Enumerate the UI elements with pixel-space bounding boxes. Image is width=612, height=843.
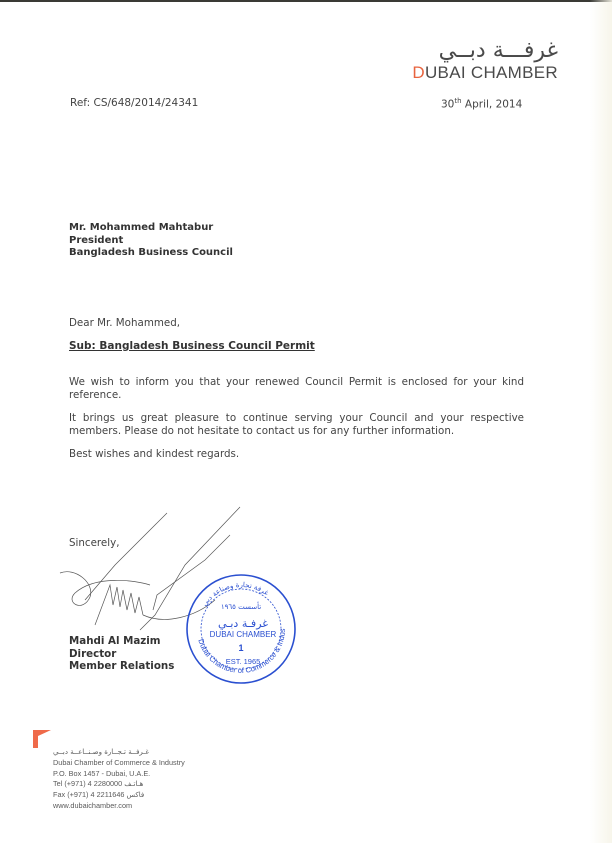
logo-d-mark: D <box>412 63 425 82</box>
footer-name: Dubai Chamber of Commerce & Industry <box>53 758 185 769</box>
signatory-name: Mahdi Al Mazim <box>69 635 174 648</box>
dubai-chamber-logo: غرفـــة دبــي DUBAI CHAMBER <box>408 38 558 82</box>
body-paragraph: We wish to inform you that your renewed … <box>69 376 524 401</box>
footer-fax: Fax (+971) 4 2211646 فاكس <box>53 790 185 801</box>
official-stamp: Dubai Chamber of Commerce & Industry غرف… <box>185 573 297 685</box>
reference-number: Ref: CS/648/2014/24341 <box>70 97 198 109</box>
stamp-logo-arabic: غرفـة دبـي <box>218 617 268 630</box>
signatory-department: Member Relations <box>69 660 174 673</box>
letter-date: 30th April, 2014 <box>441 97 522 111</box>
logo-english-rest: UBAI CHAMBER <box>425 63 558 82</box>
body-paragraph: It brings us great pleasure to continue … <box>69 412 524 437</box>
footer-tel-arabic: هـاتـف <box>124 780 143 788</box>
subject-line: Sub: Bangladesh Business Council Permit <box>69 340 315 352</box>
signatory-title: Director <box>69 648 174 661</box>
stamp-logo-english: DUBAI CHAMBER <box>210 630 277 639</box>
footer-fax-number: Fax (+971) 4 2211646 <box>53 790 124 799</box>
addressee-title: President <box>69 235 233 248</box>
page-right-edge-tint <box>590 0 612 843</box>
date-rest: April, 2014 <box>462 99 523 111</box>
letter-body: We wish to inform you that your renewed … <box>69 376 524 472</box>
stamp-number: 1 <box>238 643 243 653</box>
footer-address: P.O. Box 1457 - Dubai, U.A.E. <box>53 769 185 780</box>
body-paragraph: Best wishes and kindest regards. <box>69 448 524 461</box>
stamp-arabic-year: تأسست ١٩٦٥ <box>221 601 261 611</box>
signatory-block: Mahdi Al Mazim Director Member Relations <box>69 635 174 673</box>
logo-english-text: DUBAI CHAMBER <box>408 64 558 82</box>
footer-website[interactable]: www.dubaichamber.com <box>53 801 185 812</box>
footer-fax-arabic: فاكس <box>127 791 145 799</box>
footer-arabic-name: غـرفــة تـجــارة وصـنــاعــة دبــي <box>53 747 185 758</box>
logo-arabic-text: غرفـــة دبــي <box>408 38 558 64</box>
addressee-name: Mr. Mohammed Mahtabur <box>69 222 233 235</box>
addressee-block: Mr. Mohammed Mahtabur President Banglade… <box>69 222 233 260</box>
footer-tel-number: Tel (+971) 4 2280000 <box>53 779 122 788</box>
chamber-corner-mark-icon <box>33 730 51 748</box>
footer-contact: غـرفــة تـجــارة وصـنــاعــة دبــي Dubai… <box>53 747 185 812</box>
addressee-organization: Bangladesh Business Council <box>69 247 233 260</box>
date-suffix: th <box>454 97 461 105</box>
date-day: 30 <box>441 99 454 111</box>
page-top-edge <box>0 0 612 2</box>
salutation: Dear Mr. Mohammed, <box>69 317 180 329</box>
stamp-established: EST. 1965 <box>226 657 261 666</box>
footer-tel: Tel (+971) 4 2280000 هـاتـف <box>53 779 185 790</box>
